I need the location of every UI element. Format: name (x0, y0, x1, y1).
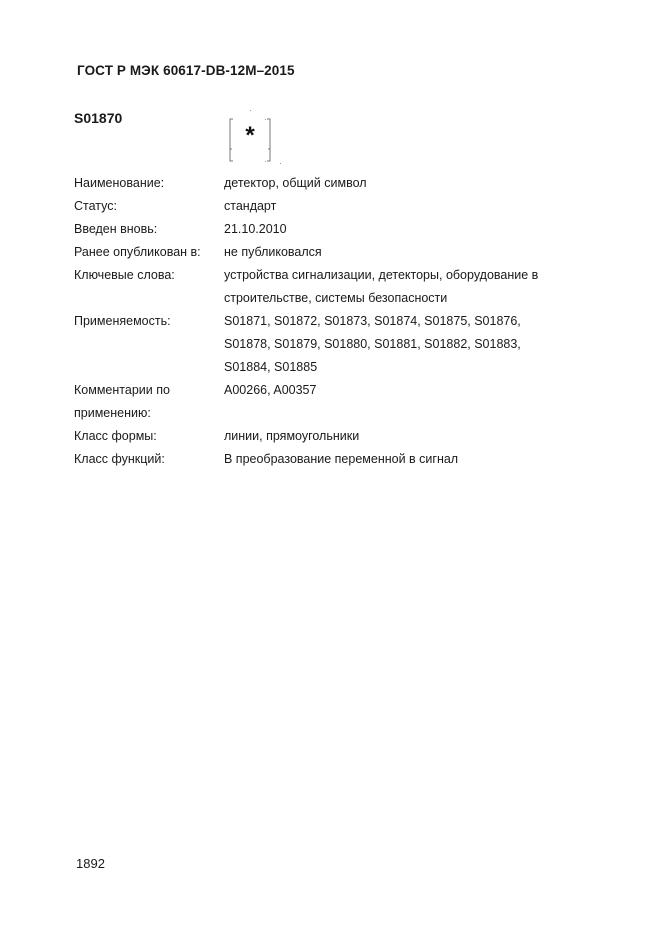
field-label: Наименование: (74, 172, 224, 195)
field-row-keywords: Ключевые слова: устройства сигнализации,… (74, 264, 594, 310)
field-label: Класс функций: (74, 448, 224, 471)
field-list: Наименование: детектор, общий символ Ста… (74, 172, 594, 471)
field-value: стандарт (224, 195, 594, 218)
field-row-previously-published: Ранее опубликован в: не публиковался (74, 241, 594, 264)
document-header: ГОСТ Р МЭК 60617-DB-12M–2015 (77, 63, 295, 78)
field-value: 21.10.2010 (224, 218, 594, 241)
field-value: не публиковался (224, 241, 594, 264)
field-label: Статус: (74, 195, 224, 218)
field-label: Класс формы: (74, 425, 224, 448)
field-row-status: Статус: стандарт (74, 195, 594, 218)
field-value: A00266, A00357 (224, 379, 594, 425)
field-label: Ранее опубликован в: (74, 241, 224, 264)
field-row-name: Наименование: детектор, общий символ (74, 172, 594, 195)
field-value: устройства сигнализации, детекторы, обор… (224, 264, 594, 310)
page-number: 1892 (76, 856, 105, 871)
field-label: Введен вновь: (74, 218, 224, 241)
field-value: S01871, S01872, S01873, S01874, S01875, … (224, 310, 594, 379)
field-value: B преобразование переменной в сигнал (224, 448, 594, 471)
svg-text:*: * (245, 122, 255, 149)
detector-symbol-icon: * (225, 110, 285, 166)
symbol-code: S01870 (74, 110, 122, 126)
field-label: Применяемость: (74, 310, 224, 379)
field-label: Комментарии по применению: (74, 379, 224, 425)
field-row-applicability: Применяемость: S01871, S01872, S01873, S… (74, 310, 594, 379)
field-row-shape-class: Класс формы: линии, прямоугольники (74, 425, 594, 448)
field-row-function-class: Класс функций: B преобразование переменн… (74, 448, 594, 471)
field-row-application-comments: Комментарии по применению: A00266, A0035… (74, 379, 594, 425)
field-row-introduced: Введен вновь: 21.10.2010 (74, 218, 594, 241)
field-value: детектор, общий символ (224, 172, 594, 195)
field-value: линии, прямоугольники (224, 425, 594, 448)
field-label: Ключевые слова: (74, 264, 224, 310)
